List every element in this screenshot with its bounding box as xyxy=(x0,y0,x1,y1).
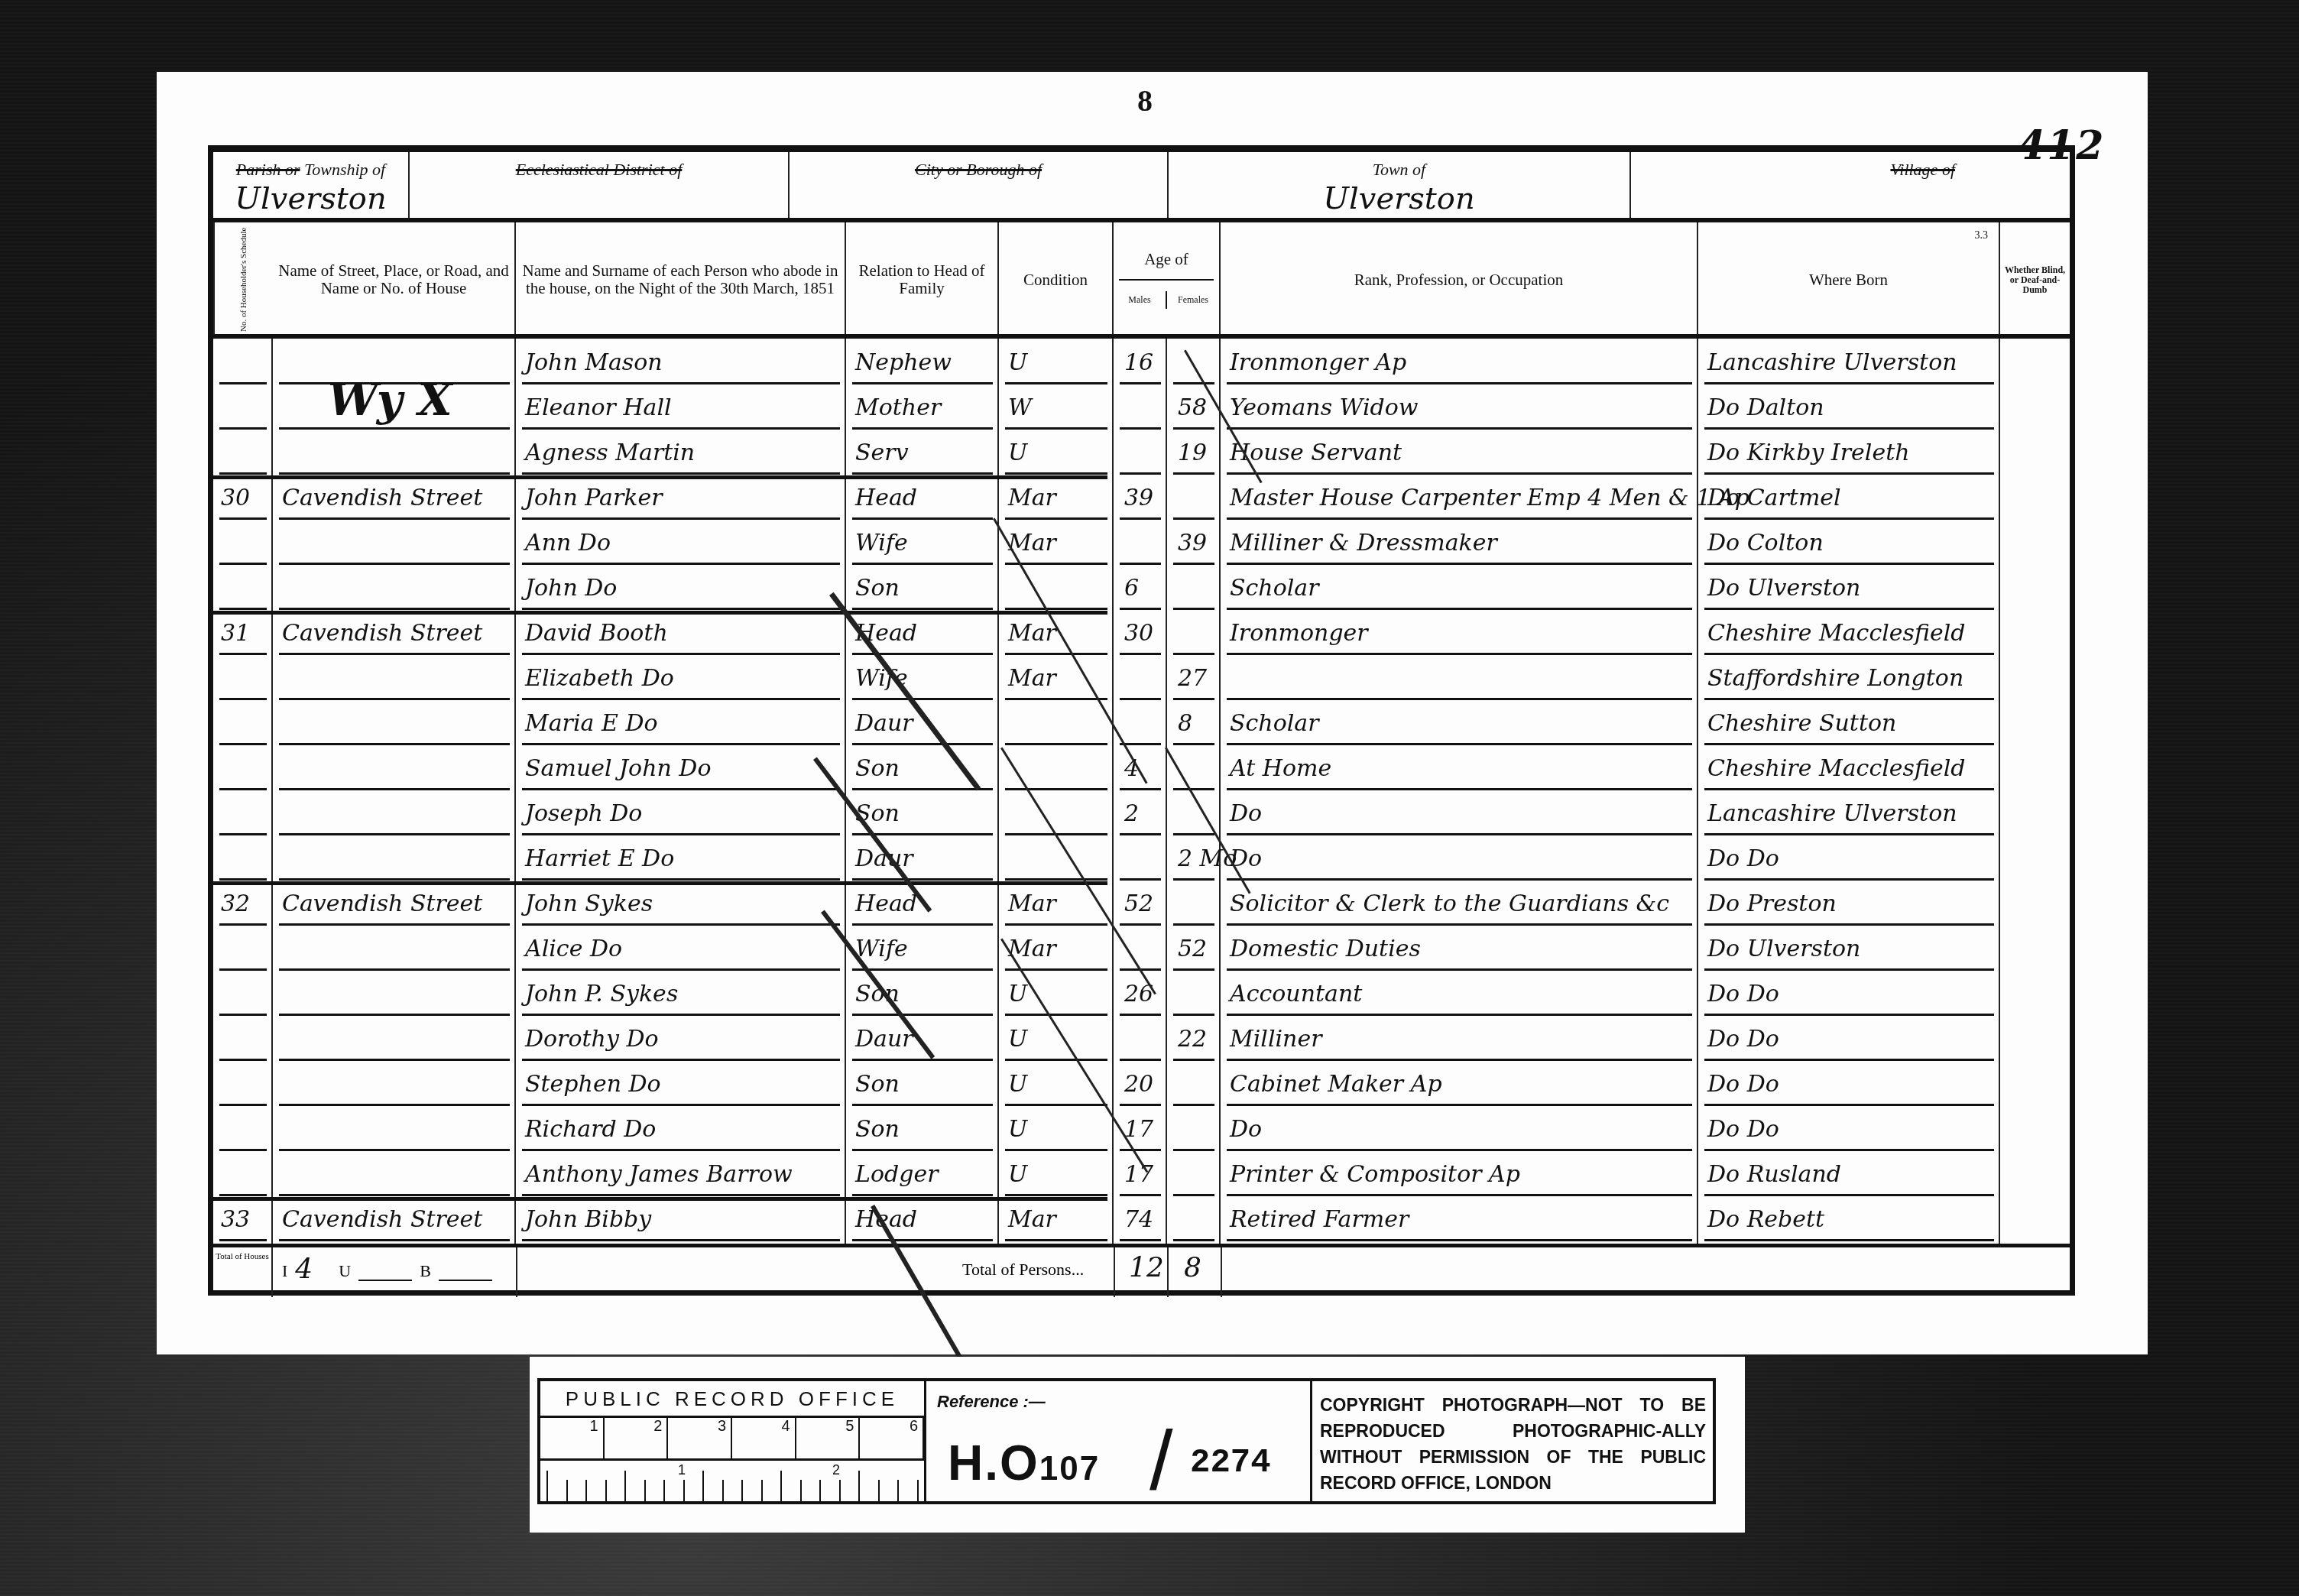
row-rule xyxy=(522,1014,840,1016)
table-row: John DoSon6ScholarDo Ulverston xyxy=(213,567,2070,610)
cell-schedule xyxy=(213,702,273,745)
cell-schedule xyxy=(213,1063,273,1106)
ruler-mark: 6 xyxy=(860,1418,924,1458)
cell-male-age xyxy=(1114,928,1167,971)
cell-relation: Son xyxy=(846,973,999,1016)
cell-name: Alice Do xyxy=(516,928,846,971)
row-rule xyxy=(1704,563,1994,565)
cell-occupation: Retired Farmer xyxy=(1221,1199,1698,1241)
row-rule xyxy=(852,517,993,520)
row-rule xyxy=(852,1149,993,1151)
row-rule xyxy=(1173,472,1214,475)
village-label: Village of xyxy=(1631,160,2070,180)
row-rule xyxy=(1005,698,1107,700)
row-rule xyxy=(1120,1059,1161,1061)
ruler-tick xyxy=(780,1471,782,1501)
ruler-mark: 4 xyxy=(732,1418,796,1458)
row-rule xyxy=(1120,653,1161,655)
ecclesiastical-label: Ecclesiastical District of xyxy=(410,160,788,180)
row-rule xyxy=(1120,427,1161,430)
ruler-mark: 5 xyxy=(796,1418,861,1458)
row-rule xyxy=(522,1149,840,1151)
row-rule xyxy=(1227,1104,1692,1106)
row-rule xyxy=(852,1239,993,1241)
cell-name: Richard Do xyxy=(516,1108,846,1151)
row-rule xyxy=(1005,1014,1107,1016)
row-rule xyxy=(522,382,840,384)
cell-street: Cavendish Street xyxy=(273,883,516,926)
row-rule xyxy=(219,878,267,881)
cell-name: John Parker xyxy=(516,477,846,520)
row-rule xyxy=(1005,923,1107,926)
row-rule xyxy=(1120,788,1161,790)
row-rule xyxy=(279,563,510,565)
row-rule xyxy=(852,878,993,881)
row-rule xyxy=(1227,698,1692,700)
row-rule xyxy=(522,968,840,971)
row-rule xyxy=(1227,743,1692,745)
row-rule xyxy=(1704,1149,1994,1151)
row-rule xyxy=(522,427,840,430)
row-rule xyxy=(279,788,510,790)
row-rule xyxy=(279,472,510,475)
row-rule xyxy=(1704,788,1994,790)
row-rule xyxy=(1704,427,1994,430)
ruler-tick xyxy=(878,1480,880,1501)
row-rule xyxy=(279,1149,510,1151)
cell-name: Stephen Do xyxy=(516,1063,846,1106)
row-rule xyxy=(219,1149,267,1151)
cell-where-born: Do Do xyxy=(1698,1018,2000,1061)
table-row: John P. SykesSonU26AccountantDo Do xyxy=(213,973,2070,1016)
cell-name: Elizabeth Do xyxy=(516,657,846,700)
cell-occupation xyxy=(1221,657,1698,700)
cell-street xyxy=(273,567,516,610)
cell-occupation: Yeomans Widow xyxy=(1221,387,1698,430)
cell-where-born: Do Do xyxy=(1698,838,2000,881)
row-rule xyxy=(852,1194,993,1196)
cell-occupation: Milliner & Dressmaker xyxy=(1221,522,1698,565)
census-table: Parish or Township of Ulverston Ecclesia… xyxy=(208,145,2075,1296)
row-rule xyxy=(1227,653,1692,655)
cell-relation: Serv xyxy=(846,432,999,475)
inhabited-value: 4 xyxy=(295,1258,313,1281)
cell-condition: U xyxy=(999,1108,1114,1151)
cell-schedule xyxy=(213,657,273,700)
cell-condition: Mar xyxy=(999,883,1114,926)
cell-relation: Daur xyxy=(846,838,999,881)
ruler-tick xyxy=(566,1480,568,1501)
marginal-note: Wy X xyxy=(328,374,452,426)
ruler-tick xyxy=(722,1480,724,1501)
row-rule xyxy=(1173,968,1214,971)
cell-where-born: Do Cartmel xyxy=(1698,477,2000,520)
cell-male-age: 52 xyxy=(1114,883,1167,926)
cell-relation: Daur xyxy=(846,702,999,745)
cell-male-age xyxy=(1114,432,1167,475)
cell-where-born: Do Ulverston xyxy=(1698,567,2000,610)
cell-male-age xyxy=(1114,657,1167,700)
cell-female-age xyxy=(1167,612,1221,655)
cell-where-born: Do Dalton xyxy=(1698,387,2000,430)
borough-label: City or Borough of xyxy=(790,160,1167,180)
ruler-tick xyxy=(761,1480,763,1501)
page-number: 8 xyxy=(1137,83,1153,118)
row-rule xyxy=(522,878,840,881)
row-rule xyxy=(1227,517,1692,520)
row-rule xyxy=(1120,1239,1161,1241)
col-header-relation: Relation to Head of Family xyxy=(846,222,999,337)
row-rule xyxy=(279,517,510,520)
row-rule xyxy=(279,1014,510,1016)
age-of-label: Age of xyxy=(1119,251,1214,281)
table-row: 33Cavendish StreetJohn BibbyHeadMar74Ret… xyxy=(213,1199,2070,1241)
cell-street xyxy=(273,928,516,971)
row-rule xyxy=(1120,517,1161,520)
table-row: 30Cavendish StreetJohn ParkerHeadMar39Ma… xyxy=(213,477,2070,520)
table-row: Ann DoWifeMar39Milliner & DressmakerDo C… xyxy=(213,522,2070,565)
ruler-tick xyxy=(897,1480,899,1501)
row-rule xyxy=(1173,1194,1214,1196)
table-row: Maria E DoDaur8ScholarCheshire Sutton xyxy=(213,702,2070,745)
row-rule xyxy=(852,698,993,700)
cell-name: John Mason xyxy=(516,342,846,384)
reference-piece: 2274 xyxy=(1190,1444,1271,1482)
row-rule xyxy=(279,968,510,971)
building-label: B xyxy=(420,1261,431,1281)
row-rule xyxy=(1227,382,1692,384)
copyright-notice: COPYRIGHT PHOTOGRAPH—NOT TO BE REPRODUCE… xyxy=(1312,1381,1714,1501)
cell-occupation: Do xyxy=(1221,1108,1698,1151)
cell-relation: Mother xyxy=(846,387,999,430)
census-rows: John MasonNephewU16Ironmonger ApLancashi… xyxy=(213,342,2070,1244)
uninhabited-label: U xyxy=(339,1261,351,1281)
cell-female-age xyxy=(1167,1108,1221,1151)
row-rule xyxy=(1005,472,1107,475)
row-rule xyxy=(1227,788,1692,790)
ruler-tick xyxy=(839,1480,841,1501)
cell-street xyxy=(273,1153,516,1196)
row-rule xyxy=(1704,1014,1994,1016)
ruler-inch-mark: 1 xyxy=(678,1462,686,1478)
row-rule xyxy=(1120,608,1161,610)
cell-where-born: Cheshire Sutton xyxy=(1698,702,2000,745)
row-rule xyxy=(522,788,840,790)
cell-street xyxy=(273,1108,516,1151)
row-rule xyxy=(1173,1059,1214,1061)
row-rule xyxy=(1704,517,1994,520)
cell-where-born: Lancashire Ulverston xyxy=(1698,342,2000,384)
cell-schedule: 31 xyxy=(213,612,273,655)
row-rule xyxy=(1173,653,1214,655)
cell-relation: Wife xyxy=(846,928,999,971)
row-rule xyxy=(1173,698,1214,700)
row-rule xyxy=(279,1059,510,1061)
row-rule xyxy=(219,788,267,790)
cell-name: Eleanor Hall xyxy=(516,387,846,430)
row-rule xyxy=(1173,517,1214,520)
row-rule xyxy=(1120,698,1161,700)
row-rule xyxy=(1005,1239,1107,1241)
row-rule xyxy=(279,698,510,700)
ruler-tick xyxy=(683,1480,685,1501)
cell-name: Joseph Do xyxy=(516,793,846,835)
row-rule xyxy=(219,698,267,700)
row-rule xyxy=(1173,1104,1214,1106)
row-rule xyxy=(279,923,510,926)
reference-card: PUBLIC RECORD OFFICE 1 2 3 4 5 6 1 2 Ref… xyxy=(530,1357,1745,1533)
cell-female-age xyxy=(1167,567,1221,610)
ruler-tick xyxy=(605,1480,607,1501)
cell-female-age xyxy=(1167,1199,1221,1241)
cell-where-born: Staffordshire Longton xyxy=(1698,657,2000,700)
cell-occupation: Ironmonger xyxy=(1221,612,1698,655)
ruler-tick xyxy=(546,1471,548,1501)
row-rule xyxy=(1227,1059,1692,1061)
row-rule xyxy=(1173,427,1214,430)
cell-relation: Head xyxy=(846,477,999,520)
row-rule xyxy=(1173,878,1214,881)
row-rule xyxy=(852,1104,993,1106)
borough-cell: City or Borough of xyxy=(790,152,1169,218)
row-rule xyxy=(1120,1104,1161,1106)
cell-name: John Sykes xyxy=(516,883,846,926)
row-rule xyxy=(219,1059,267,1061)
ruler-tick xyxy=(858,1471,860,1501)
cell-female-age xyxy=(1167,973,1221,1016)
cell-female-age: 8 xyxy=(1167,702,1221,745)
cell-occupation: Master House Carpenter Emp 4 Men & 1 Ap xyxy=(1221,477,1698,520)
table-row: 32Cavendish StreetJohn SykesHeadMar52Sol… xyxy=(213,883,2070,926)
parish-label-rest: Township of xyxy=(304,160,385,179)
cell-female-age xyxy=(1167,748,1221,790)
total-persons-label: Total of Persons... xyxy=(962,1260,1084,1280)
cell-street xyxy=(273,973,516,1016)
row-rule xyxy=(1227,608,1692,610)
row-rule xyxy=(1704,653,1994,655)
row-rule xyxy=(1704,1104,1994,1106)
row-rule xyxy=(219,1239,267,1241)
row-rule xyxy=(1120,1014,1161,1016)
cell-schedule xyxy=(213,838,273,881)
cell-condition xyxy=(999,838,1114,881)
row-rule xyxy=(852,1059,993,1061)
males-label: Males xyxy=(1114,291,1167,309)
row-rule xyxy=(1120,472,1161,475)
row-rule xyxy=(279,1104,510,1106)
cell-relation: Son xyxy=(846,1063,999,1106)
row-rule xyxy=(1120,878,1161,881)
cell-male-age xyxy=(1114,838,1167,881)
ruler-scale-top: 1 2 3 4 5 6 xyxy=(540,1418,926,1461)
cell-condition: U xyxy=(999,342,1114,384)
cell-name: Agness Martin xyxy=(516,432,846,475)
ruler-tick xyxy=(917,1480,919,1501)
cell-relation: Wife xyxy=(846,657,999,700)
house-separator xyxy=(213,1197,1107,1201)
cell-female-age: 39 xyxy=(1167,522,1221,565)
cell-occupation: Solicitor & Clerk to the Guardians &c xyxy=(1221,883,1698,926)
row-rule xyxy=(1704,1059,1994,1061)
row-rule xyxy=(279,1239,510,1241)
cell-schedule xyxy=(213,342,273,384)
row-rule xyxy=(1005,1104,1107,1106)
row-rule xyxy=(1704,608,1994,610)
row-rule xyxy=(1704,382,1994,384)
row-rule xyxy=(522,563,840,565)
cell-where-born: Lancashire Ulverston xyxy=(1698,793,2000,835)
row-rule xyxy=(1005,427,1107,430)
totals-row: Total of Houses I 4 U B Total of Persons… xyxy=(213,1244,2070,1297)
row-rule xyxy=(1227,1014,1692,1016)
table-row: Harriet E DoDaur2 MoDoDo Do xyxy=(213,838,2070,881)
row-rule xyxy=(219,472,267,475)
row-rule xyxy=(219,382,267,384)
cell-schedule xyxy=(213,748,273,790)
cell-schedule xyxy=(213,928,273,971)
total-females: 8 xyxy=(1184,1252,1201,1283)
cell-schedule: 33 xyxy=(213,1199,273,1241)
cell-female-age: 19 xyxy=(1167,432,1221,475)
cell-where-born: Do Do xyxy=(1698,1063,2000,1106)
row-rule xyxy=(1005,653,1107,655)
cell-female-age: 52 xyxy=(1167,928,1221,971)
where-born-note: 3.3 xyxy=(1975,227,1989,245)
row-rule xyxy=(219,923,267,926)
row-rule xyxy=(1005,743,1107,745)
row-rule xyxy=(1005,878,1107,881)
cell-relation: Head xyxy=(846,1199,999,1241)
houses-counts: I 4 U B xyxy=(282,1258,492,1281)
table-row: Eleanor HallMotherW58Yeomans WidowDo Dal… xyxy=(213,387,2070,430)
house-separator xyxy=(213,881,1107,885)
row-rule xyxy=(1120,1194,1161,1196)
cell-condition xyxy=(999,793,1114,835)
table-row: Joseph DoSon2DoLancashire Ulverston xyxy=(213,793,2070,835)
row-rule xyxy=(279,608,510,610)
cell-female-age xyxy=(1167,1063,1221,1106)
row-rule xyxy=(1005,1149,1107,1151)
ecclesiastical-cell: Ecclesiastical District of xyxy=(410,152,790,218)
row-rule xyxy=(1704,743,1994,745)
row-rule xyxy=(1005,517,1107,520)
row-rule xyxy=(852,563,993,565)
ruler-tick xyxy=(663,1480,665,1501)
row-rule xyxy=(219,968,267,971)
cell-male-age xyxy=(1114,522,1167,565)
cell-street xyxy=(273,1018,516,1061)
row-rule xyxy=(1227,923,1692,926)
cell-condition: W xyxy=(999,387,1114,430)
females-label: Females xyxy=(1167,291,1219,309)
cell-male-age: 26 xyxy=(1114,973,1167,1016)
cell-male-age xyxy=(1114,1018,1167,1061)
cell-female-age: 2 Mo xyxy=(1167,838,1221,881)
cell-female-age xyxy=(1167,477,1221,520)
row-rule xyxy=(852,923,993,926)
cell-occupation: Cabinet Maker Ap xyxy=(1221,1063,1698,1106)
row-rule xyxy=(1005,1194,1107,1196)
cell-female-age: 58 xyxy=(1167,387,1221,430)
row-rule xyxy=(522,472,840,475)
cell-relation: Wife xyxy=(846,522,999,565)
town-label: Town of xyxy=(1169,160,1629,180)
col-header-where-born: Where Born 3.3 xyxy=(1698,222,2000,337)
row-rule xyxy=(1120,563,1161,565)
cell-relation: Son xyxy=(846,1108,999,1151)
row-rule xyxy=(522,743,840,745)
row-rule xyxy=(1173,608,1214,610)
row-rule xyxy=(1173,1239,1214,1241)
row-rule xyxy=(852,382,993,384)
house-separator xyxy=(213,475,1107,479)
reference-label: Reference :— xyxy=(937,1392,1046,1412)
row-rule xyxy=(522,608,840,610)
row-rule xyxy=(1704,968,1994,971)
cell-male-age: 16 xyxy=(1114,342,1167,384)
row-rule xyxy=(1227,833,1692,835)
cell-name: John P. Sykes xyxy=(516,973,846,1016)
cell-male-age: 6 xyxy=(1114,567,1167,610)
cell-occupation: Scholar xyxy=(1221,702,1698,745)
row-rule xyxy=(852,788,993,790)
table-row: Richard DoSonU17DoDo Do xyxy=(213,1108,2070,1151)
cell-name: David Booth xyxy=(516,612,846,655)
town-value: Ulverston xyxy=(1169,181,1629,216)
row-rule xyxy=(522,1059,840,1061)
cell-where-born: Do Preston xyxy=(1698,883,2000,926)
cell-street xyxy=(273,657,516,700)
cell-name: Dorothy Do xyxy=(516,1018,846,1061)
cell-where-born: Do Ulverston xyxy=(1698,928,2000,971)
cell-occupation: Do xyxy=(1221,793,1698,835)
row-rule xyxy=(1227,563,1692,565)
row-rule xyxy=(1227,472,1692,475)
row-rule xyxy=(279,833,510,835)
row-rule xyxy=(522,1239,840,1241)
village-cell: Village of xyxy=(1631,152,2070,218)
cell-schedule xyxy=(213,973,273,1016)
cell-female-age: 22 xyxy=(1167,1018,1221,1061)
cell-relation: Lodger xyxy=(846,1153,999,1196)
row-rule xyxy=(1173,923,1214,926)
cell-street xyxy=(273,793,516,835)
cell-schedule xyxy=(213,1018,273,1061)
row-rule xyxy=(852,427,993,430)
cell-where-born: Do Kirkby Ireleth xyxy=(1698,432,2000,475)
col-header-name: Name and Surname of each Person who abod… xyxy=(516,222,846,337)
row-rule xyxy=(522,698,840,700)
cell-name: Ann Do xyxy=(516,522,846,565)
cell-schedule xyxy=(213,1108,273,1151)
cell-street: Cavendish Street xyxy=(273,477,516,520)
cell-street: Cavendish Street xyxy=(273,1199,516,1241)
row-rule xyxy=(279,653,510,655)
cell-name: John Bibby xyxy=(516,1199,846,1241)
cell-condition: Mar xyxy=(999,477,1114,520)
table-row: Stephen DoSonU20Cabinet Maker ApDo Do xyxy=(213,1063,2070,1106)
cell-relation: Son xyxy=(846,567,999,610)
row-rule xyxy=(219,833,267,835)
table-row: Agness MartinServU19House ServantDo Kirk… xyxy=(213,432,2070,475)
row-rule xyxy=(1704,923,1994,926)
ruler-tick xyxy=(585,1480,587,1501)
ruler-tick xyxy=(800,1480,802,1501)
row-rule xyxy=(1227,968,1692,971)
row-rule xyxy=(1005,608,1107,610)
cell-condition xyxy=(999,702,1114,745)
cell-female-age xyxy=(1167,1153,1221,1196)
